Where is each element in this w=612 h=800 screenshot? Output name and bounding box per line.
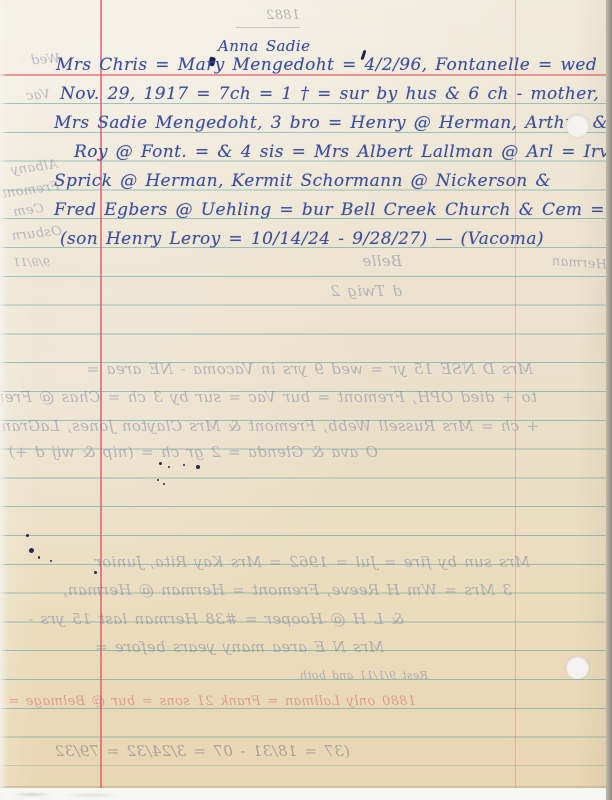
- bleedthrough-line: Mrs D NSE 15 yr = wed 9 yrs in Vacoma - …: [38, 358, 533, 380]
- hole-punch-top: [566, 114, 589, 137]
- bleedthrough-line: O ava & Glenda = 2 gr ch = (nip & wij d …: [160, 441, 378, 463]
- bleedthrough-line: Mrs N E area many years before =: [28, 636, 384, 658]
- bleedthrough-fragment: Vac: [5, 84, 51, 110]
- note-line: (son Henry Leroy = 10/14/24 - 9/28/27) —…: [60, 227, 544, 251]
- bleedthrough-fragment: 9/9/11: [2, 252, 50, 274]
- note-line: Fred Egbers @ Uehling = bur Bell Creek C…: [54, 198, 605, 222]
- note-line: Roy @ Font. = & 4 sis = Mrs Albert Lallm…: [74, 140, 612, 164]
- ink-speck: [26, 534, 29, 537]
- bleedthrough-line: + ch = Mrs Russell Webb, Fremont & Mrs C…: [24, 415, 539, 437]
- bleedthrough-fragment: Wed: [15, 48, 60, 73]
- ink-speck: [168, 466, 170, 468]
- bleedthrough-fragment: d Twig 2: [336, 280, 402, 302]
- hole-punch-bottom: [566, 656, 589, 679]
- ink-speck: [38, 556, 40, 559]
- bleedthrough-line: 3 Mrs = Wm H Reeve, Fremont = Herman @ H…: [18, 579, 512, 601]
- scan-edge-left: [0, 0, 8, 800]
- ink-speck: [159, 462, 162, 465]
- bleedthrough-fragment: Belle: [352, 250, 402, 272]
- bleedthrough-pencil-math: (37 = 18/31 - 07 = 3/24/32 = 79/32: [150, 740, 350, 762]
- ink-speck: [183, 464, 185, 466]
- bleedthrough-line: Rest 9/1/11 and both: [320, 665, 428, 687]
- bleedthrough-line: & L H @ Hooper = #38 Herman last 15 yrs …: [70, 608, 404, 630]
- bleedthrough-page-number: 1882: [236, 5, 300, 28]
- bleedthrough-line: to + died OPH, Fremont = bur Vac = sur b…: [25, 386, 537, 408]
- bleedthrough-line: Mrs sun by fire = Jul = 1962 = Mrs Kay R…: [18, 551, 530, 573]
- ink-speck: [163, 483, 165, 485]
- note-line: Sprick @ Herman, Kermit Schormann @ Nick…: [54, 169, 551, 193]
- ink-speck: [94, 571, 97, 574]
- scan-edge-right: [606, 0, 612, 800]
- ink-speck: [50, 560, 52, 562]
- ink-speck: [196, 465, 200, 469]
- bleedthrough-red-line: 1880 only Lallman = Frank 21 sons = bur …: [38, 691, 416, 713]
- scan-edge-bottom: [0, 788, 612, 800]
- ink-blot: [29, 548, 34, 553]
- note-line: Mrs Chris = Mary Mengedoht = 4/2/96, Fon…: [56, 53, 597, 77]
- note-line: Mrs Sadie Mengedoht, 3 bro = Henry @ Her…: [54, 111, 608, 135]
- note-line: Nov. 29, 1917 = 7ch = 1 † = sur by hus &…: [60, 82, 599, 106]
- ink-speck: [157, 479, 159, 481]
- scanned-page: 1882 Anna Sadie Mrs Chris = Mary Mengedo…: [0, 0, 612, 800]
